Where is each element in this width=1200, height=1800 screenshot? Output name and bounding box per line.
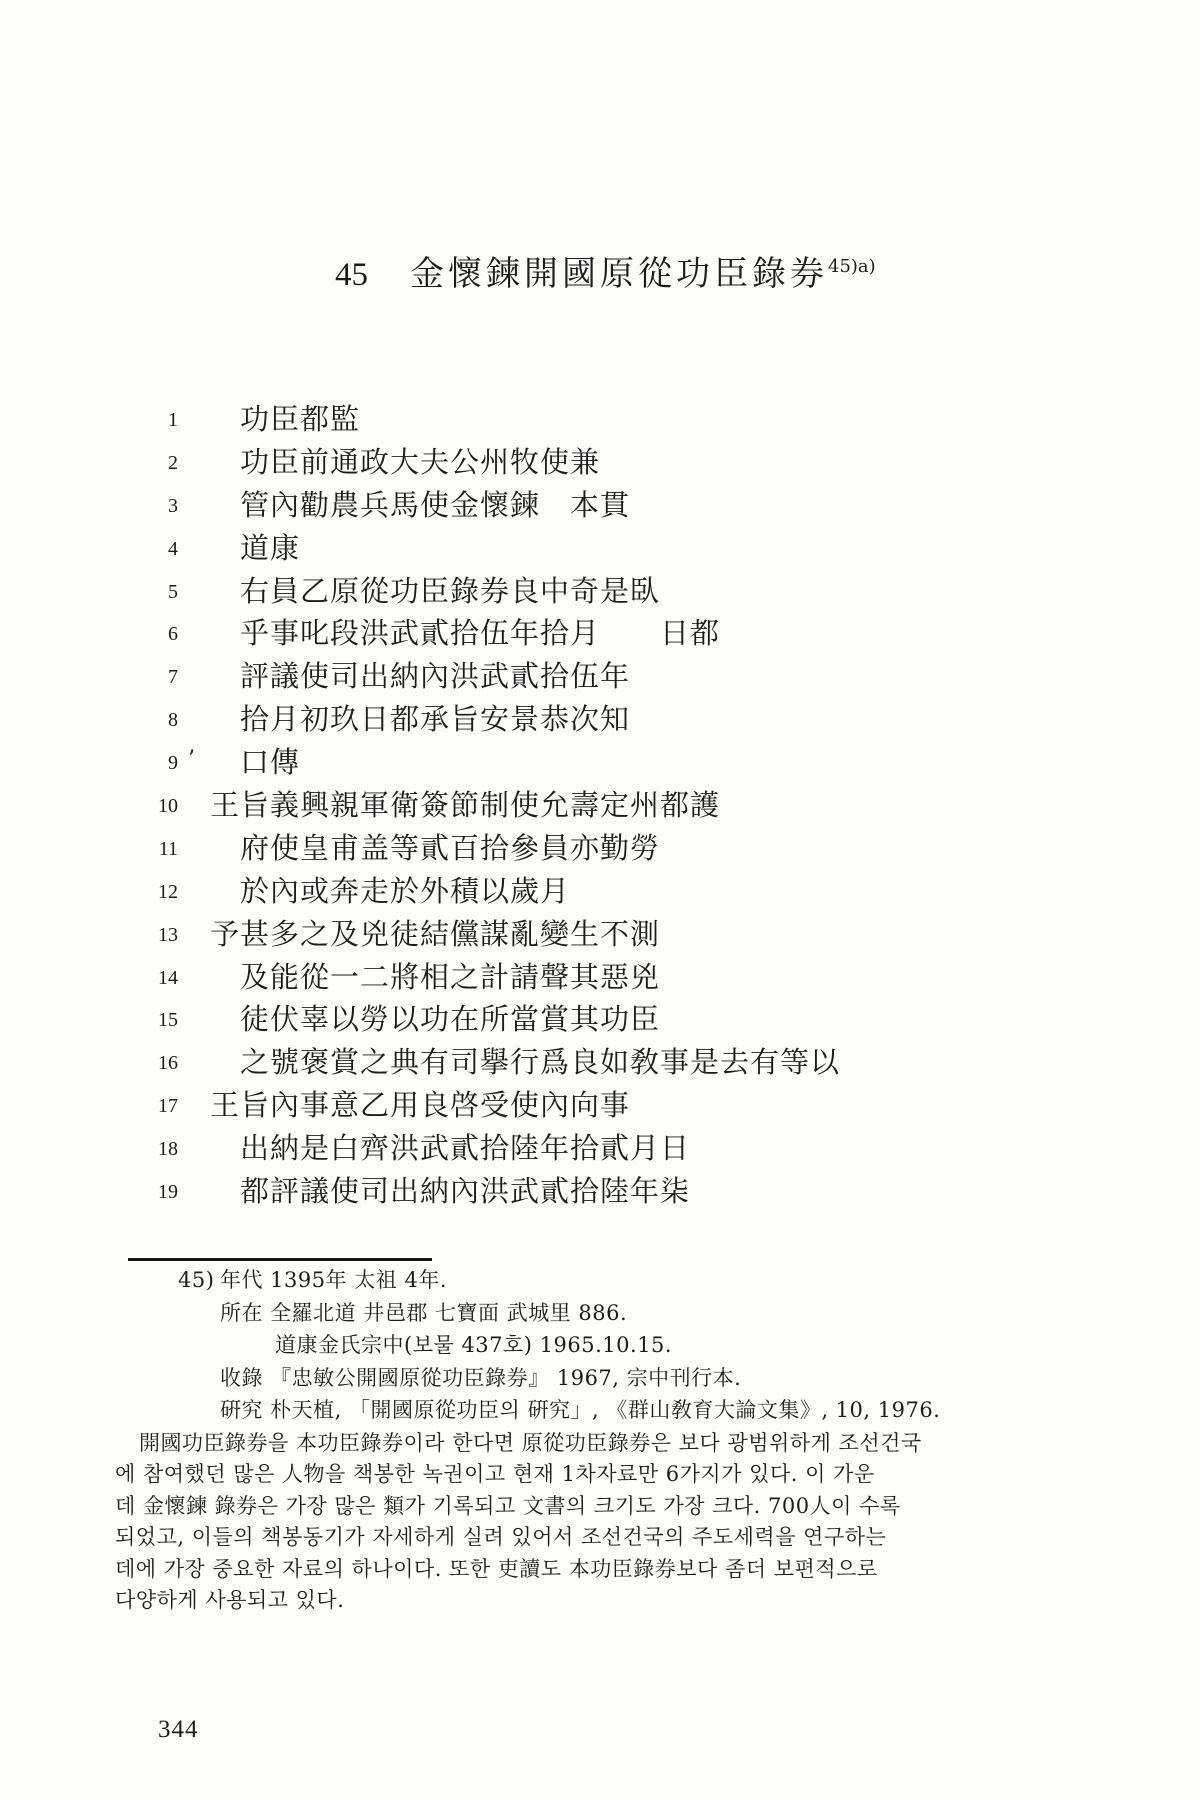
document-line: 9’口傳 <box>148 747 840 790</box>
document-line: 6乎事叱段洪武貳拾伍年拾月 日都 <box>148 618 840 661</box>
line-text: 功臣前通政大夫公州牧使兼 <box>178 447 600 479</box>
title-footnote-reference: 45)a) <box>828 256 876 277</box>
line-number: 15 <box>148 1004 178 1032</box>
line-text: 王旨義興親軍衛簽節制使允壽定州都護 <box>178 790 720 822</box>
line-text: 都評議使司出納內洪武貳拾陸年柒 <box>178 1176 690 1208</box>
line-number: 5 <box>148 576 178 604</box>
document-line: 14及能從一二將相之計請聲其惡兇 <box>148 962 840 1005</box>
line-number: 16 <box>148 1047 178 1075</box>
line-number: 9 <box>148 747 178 775</box>
title-number: 45 <box>335 257 368 293</box>
footnote-line-text: 道康金氏宗中(보물 437호) 1965.10.15. <box>275 1333 672 1357</box>
document-line: 5右員乙原從功臣錄券良中奇是臥 <box>148 576 840 619</box>
line-text: 及能從一二將相之計請聲其惡兇 <box>178 962 660 994</box>
footnote-line-text: 年代 1395年 太祖 4年. <box>220 1268 447 1292</box>
document-transcription: 1功臣都監 2功臣前通政大夫公州牧使兼 3管內勸農兵馬使金懷鍊 本貫 4道康 5… <box>148 404 840 1219</box>
line-text: 評議使司出納內洪武貳拾伍年 <box>178 661 630 693</box>
footnote-line-text: 硏究 朴天植, 「開國原從功臣의 硏究」, 《群山敎育大論文集》, 10, 19… <box>220 1398 940 1422</box>
line-number: 19 <box>148 1176 178 1204</box>
line-text: 於內或奔走於外積以歲月 <box>178 876 570 908</box>
document-line: 15徒伏辜以勞以功在所當賞其功臣 <box>148 1004 840 1047</box>
line-number: 18 <box>148 1133 178 1161</box>
line-text: 出納是白齊洪武貳拾陸年拾貳月日 <box>178 1133 690 1165</box>
line-text: 予甚多之及兇徒結儻謀亂變生不測 <box>178 919 660 951</box>
footnote-separator <box>128 1258 432 1261</box>
footnote-commentary: 開國功臣錄券을 本功臣錄券이라 한다면 原從功臣錄券은 보다 광범위하게 조선건… <box>115 1428 1075 1616</box>
line-number: 4 <box>148 533 178 561</box>
line-number: 8 <box>148 704 178 732</box>
footnote-line-text: 所在 全羅北道 井邑郡 七寶面 武城里 886. <box>220 1301 627 1325</box>
stray-quote-mark: ’ <box>188 747 195 772</box>
footnote-paragraph-line: 에 참여했던 많은 人物을 책봉한 녹권이고 현재 1차자료만 6가지가 있다.… <box>115 1459 1075 1490</box>
line-number: 17 <box>148 1090 178 1118</box>
line-text: 右員乙原從功臣錄券良中奇是臥 <box>178 576 660 608</box>
page-number: 344 <box>158 1716 199 1744</box>
footnote-line: 45)年代 1395年 太祖 4年. <box>178 1264 1098 1297</box>
line-text: 乎事叱段洪武貳拾伍年拾月 日都 <box>178 618 720 650</box>
line-number: 12 <box>148 876 178 904</box>
footnote-paragraph-line: 다양하게 사용되고 있다. <box>115 1585 1075 1616</box>
title-text: 金懷鍊開國原從功臣錄券 <box>410 254 828 294</box>
footnote-line-text: 收錄 『忠敏公開國原從功臣錄券』 1967, 宗中刊行本. <box>220 1366 741 1390</box>
footnote-line: 所在 全羅北道 井邑郡 七寶面 武城里 886. <box>220 1297 1098 1330</box>
line-number: 3 <box>148 490 178 518</box>
line-number: 2 <box>148 447 178 475</box>
line-number: 14 <box>148 962 178 990</box>
document-line: 19都評議使司出納內洪武貳拾陸年柒 <box>148 1176 840 1219</box>
footnote-paragraph-line: 데에 가장 중요한 자료의 하나이다. 또한 吏讀도 本功臣錄券보다 좀더 보편… <box>115 1554 1075 1585</box>
line-number: 6 <box>148 618 178 646</box>
footnote-marker: 45) <box>178 1264 220 1297</box>
line-text: 之號褒賞之典有司擧行爲良如敎事是去有等以 <box>178 1047 840 1079</box>
footnote-line: 道康金氏宗中(보물 437호) 1965.10.15. <box>275 1329 1098 1362</box>
line-text: 功臣都監 <box>178 404 360 436</box>
line-number: 1 <box>148 404 178 432</box>
footnote-paragraph-line: 되었고, 이들의 책봉동기가 자세하게 실려 있어서 조선건국의 주도세력을 연… <box>115 1522 1075 1553</box>
line-text: 管內勸農兵馬使金懷鍊 本貫 <box>178 490 630 522</box>
page-title: 45金懷鍊開國原從功臣錄券45)a) <box>335 246 876 295</box>
line-number: 11 <box>148 833 178 861</box>
line-text: 徒伏辜以勞以功在所當賞其功臣 <box>178 1004 660 1036</box>
line-text: 王旨內事意乙用良啓受使內向事 <box>178 1090 630 1122</box>
document-line: 13予甚多之及兇徒結儻謀亂變生不測 <box>148 919 840 962</box>
document-line: 17王旨內事意乙用良啓受使內向事 <box>148 1090 840 1133</box>
footnote-metadata: 45)年代 1395年 太祖 4年. 所在 全羅北道 井邑郡 七寶面 武城里 8… <box>178 1264 1098 1427</box>
document-line: 16之號褒賞之典有司擧行爲良如敎事是去有等以 <box>148 1047 840 1090</box>
document-line: 2功臣前通政大夫公州牧使兼 <box>148 447 840 490</box>
document-line: 12於內或奔走於外積以歲月 <box>148 876 840 919</box>
document-line: 1功臣都監 <box>148 404 840 447</box>
document-line: 10王旨義興親軍衛簽節制使允壽定州都護 <box>148 790 840 833</box>
document-line: 11府使皇甫盖等貳百拾參員亦勤勞 <box>148 833 840 876</box>
document-line: 7評議使司出納內洪武貳拾伍年 <box>148 661 840 704</box>
document-line: 8拾月初玖日都承旨安景恭次知 <box>148 704 840 747</box>
footnote-line: 收錄 『忠敏公開國原從功臣錄券』 1967, 宗中刊行本. <box>220 1362 1098 1395</box>
line-number: 10 <box>148 790 178 818</box>
line-text: 拾月初玖日都承旨安景恭次知 <box>178 704 630 736</box>
document-line: 18出納是白齊洪武貳拾陸年拾貳月日 <box>148 1133 840 1176</box>
document-line: 4道康 <box>148 533 840 576</box>
scanned-book-page: 45金懷鍊開國原從功臣錄券45)a) 1功臣都監 2功臣前通政大夫公州牧使兼 3… <box>0 0 1200 1800</box>
line-text: 道康 <box>178 533 300 565</box>
line-number: 7 <box>148 661 178 689</box>
footnote-paragraph-line: 開國功臣錄券을 本功臣錄券이라 한다면 原從功臣錄券은 보다 광범위하게 조선건… <box>115 1428 1075 1459</box>
line-number: 13 <box>148 919 178 947</box>
footnote-line: 硏究 朴天植, 「開國原從功臣의 硏究」, 《群山敎育大論文集》, 10, 19… <box>220 1394 1098 1427</box>
line-text: 口傳 <box>178 747 300 779</box>
line-text: 府使皇甫盖等貳百拾參員亦勤勞 <box>178 833 660 865</box>
footnote-paragraph-line: 데 金懷鍊 錄券은 가장 많은 類가 기록되고 文書의 크기도 가장 크다. 7… <box>115 1491 1075 1522</box>
document-line: 3管內勸農兵馬使金懷鍊 本貫 <box>148 490 840 533</box>
